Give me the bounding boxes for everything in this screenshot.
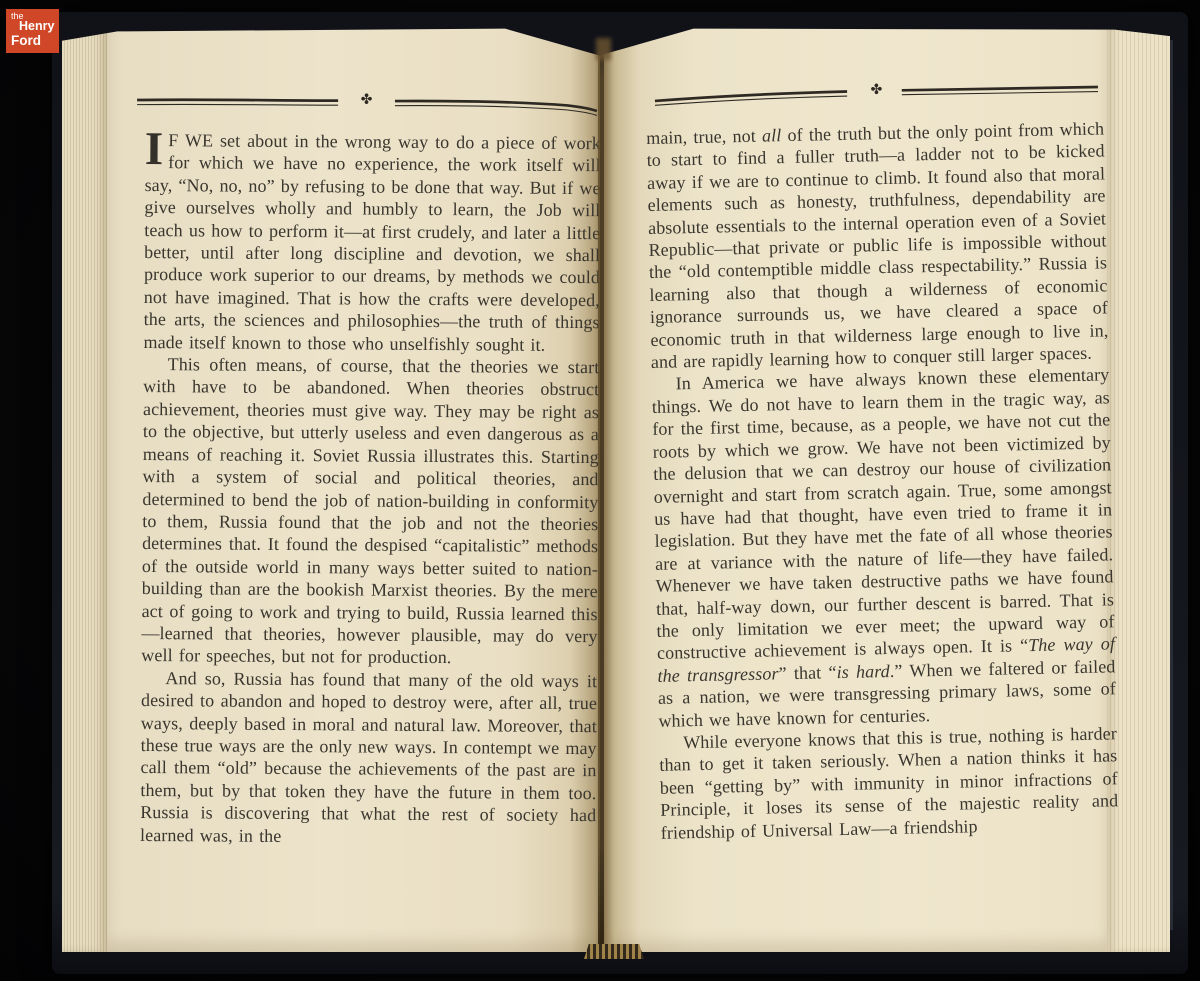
spine-glue-top [596,38,611,60]
paragraph: IF WE set about in the wrong way to do a… [143,129,601,356]
paragraph: main, true, not all of the truth but the… [646,117,1109,373]
fleuron-ornament-icon: ✤ [870,83,882,97]
paragraph: And so, Russia has found that many of th… [140,667,597,849]
header-rule-right: ✤ [652,82,1101,112]
paragraph-text: F WE set about in the wrong way to do a … [143,130,601,354]
logo-text-henry: Henry [19,19,54,33]
drop-cap: I [145,129,169,168]
page-spread: ✤ IF WE set about in the wrong way to do… [62,24,1170,952]
logo-text-ford: Ford [11,33,41,48]
right-page: ✤ main, true, not all of the truth but t… [604,24,1107,952]
left-page-text: IF WE set about in the wrong way to do a… [140,129,601,849]
paragraph: In America we have always known these el… [651,364,1116,732]
right-page-text: main, true, not all of the truth but the… [646,117,1119,843]
header-rule-left: ✤ [133,93,600,121]
spine-headband [584,944,644,959]
fleuron-ornament-icon: ✤ [361,93,373,107]
page-edges-left [62,24,107,952]
photo-stage: ✤ IF WE set about in the wrong way to do… [0,0,1200,981]
cover-fore-edge [1170,40,1173,930]
left-page: ✤ IF WE set about in the wrong way to do… [107,24,600,952]
paragraph: This often means, of course, that the th… [141,353,599,670]
henry-ford-logo: the Henry Ford [6,9,59,53]
paragraph: While everyone knows that this is true, … [659,722,1119,844]
